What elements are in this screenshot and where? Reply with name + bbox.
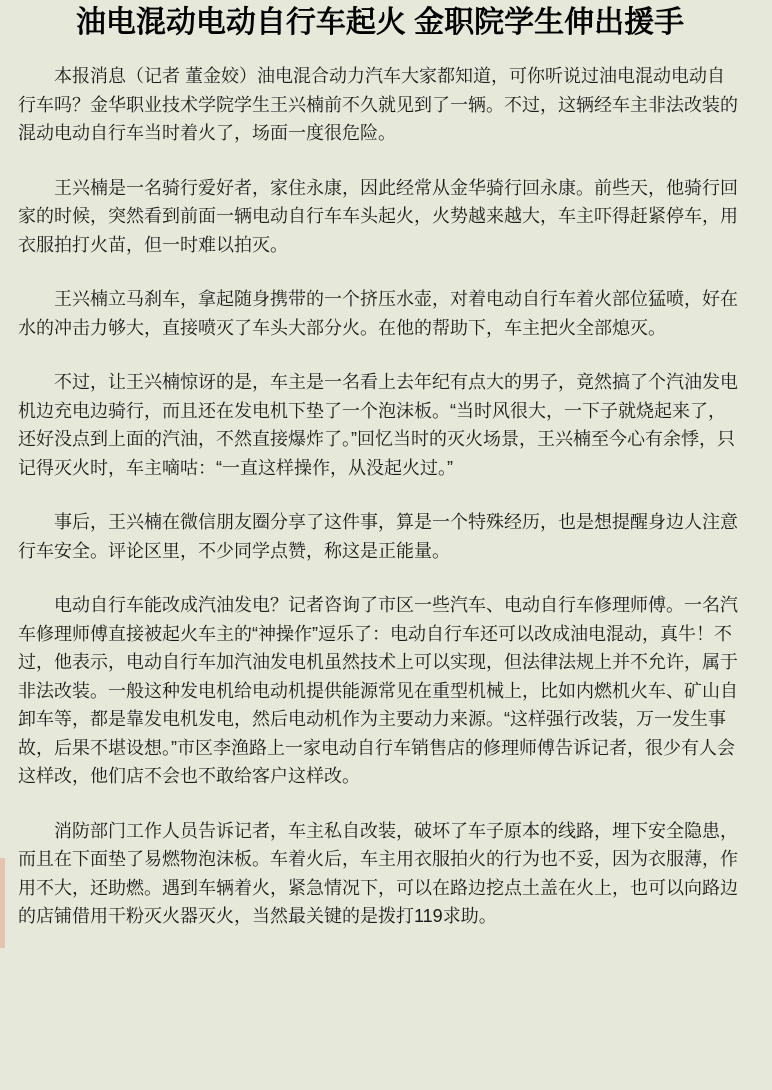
article-paragraph: 王兴楠立马刹车，拿起随身携带的一个挤压水壶，对着电动自行车着火部位猛喷，好在水的… xyxy=(18,285,742,342)
article-paragraph: 事后，王兴楠在微信朋友圈分享了这件事，算是一个特殊经历，也是想提醒身边人注意行车… xyxy=(18,508,742,565)
article-paragraph: 王兴楠是一名骑行爱好者，家住永康，因此经常从金华骑行回永康。前些天，他骑行回家的… xyxy=(18,174,742,260)
article: 油电混动电动自行车起火 金职院学生伸出援手 本报消息（记者 董金姣）油电混合动力… xyxy=(0,0,772,931)
article-body: 本报消息（记者 董金姣）油电混合动力汽车大家都知道，可你听说过油电混动电动自行车… xyxy=(18,62,742,931)
article-paragraph: 不过，让王兴楠惊讶的是，车主是一名看上去年纪有点大的男子，竟然搞了个汽油发电机边… xyxy=(18,368,742,482)
article-paragraph: 电动自行车能改成汽油发电？记者咨询了市区一些汽车、电动自行车修理师傅。一名汽车修… xyxy=(18,591,742,791)
article-paragraph: 消防部门工作人员告诉记者，车主私自改装，破坏了车子原本的线路，埋下安全隐患，而且… xyxy=(18,817,742,931)
left-edge-highlight xyxy=(0,858,5,948)
page: { "page": { "background_color": "#e6e8d9… xyxy=(0,0,772,1090)
article-paragraph: 本报消息（记者 董金姣）油电混合动力汽车大家都知道，可你听说过油电混动电动自行车… xyxy=(18,62,742,148)
article-title: 油电混动电动自行车起火 金职院学生伸出援手 xyxy=(18,6,742,40)
